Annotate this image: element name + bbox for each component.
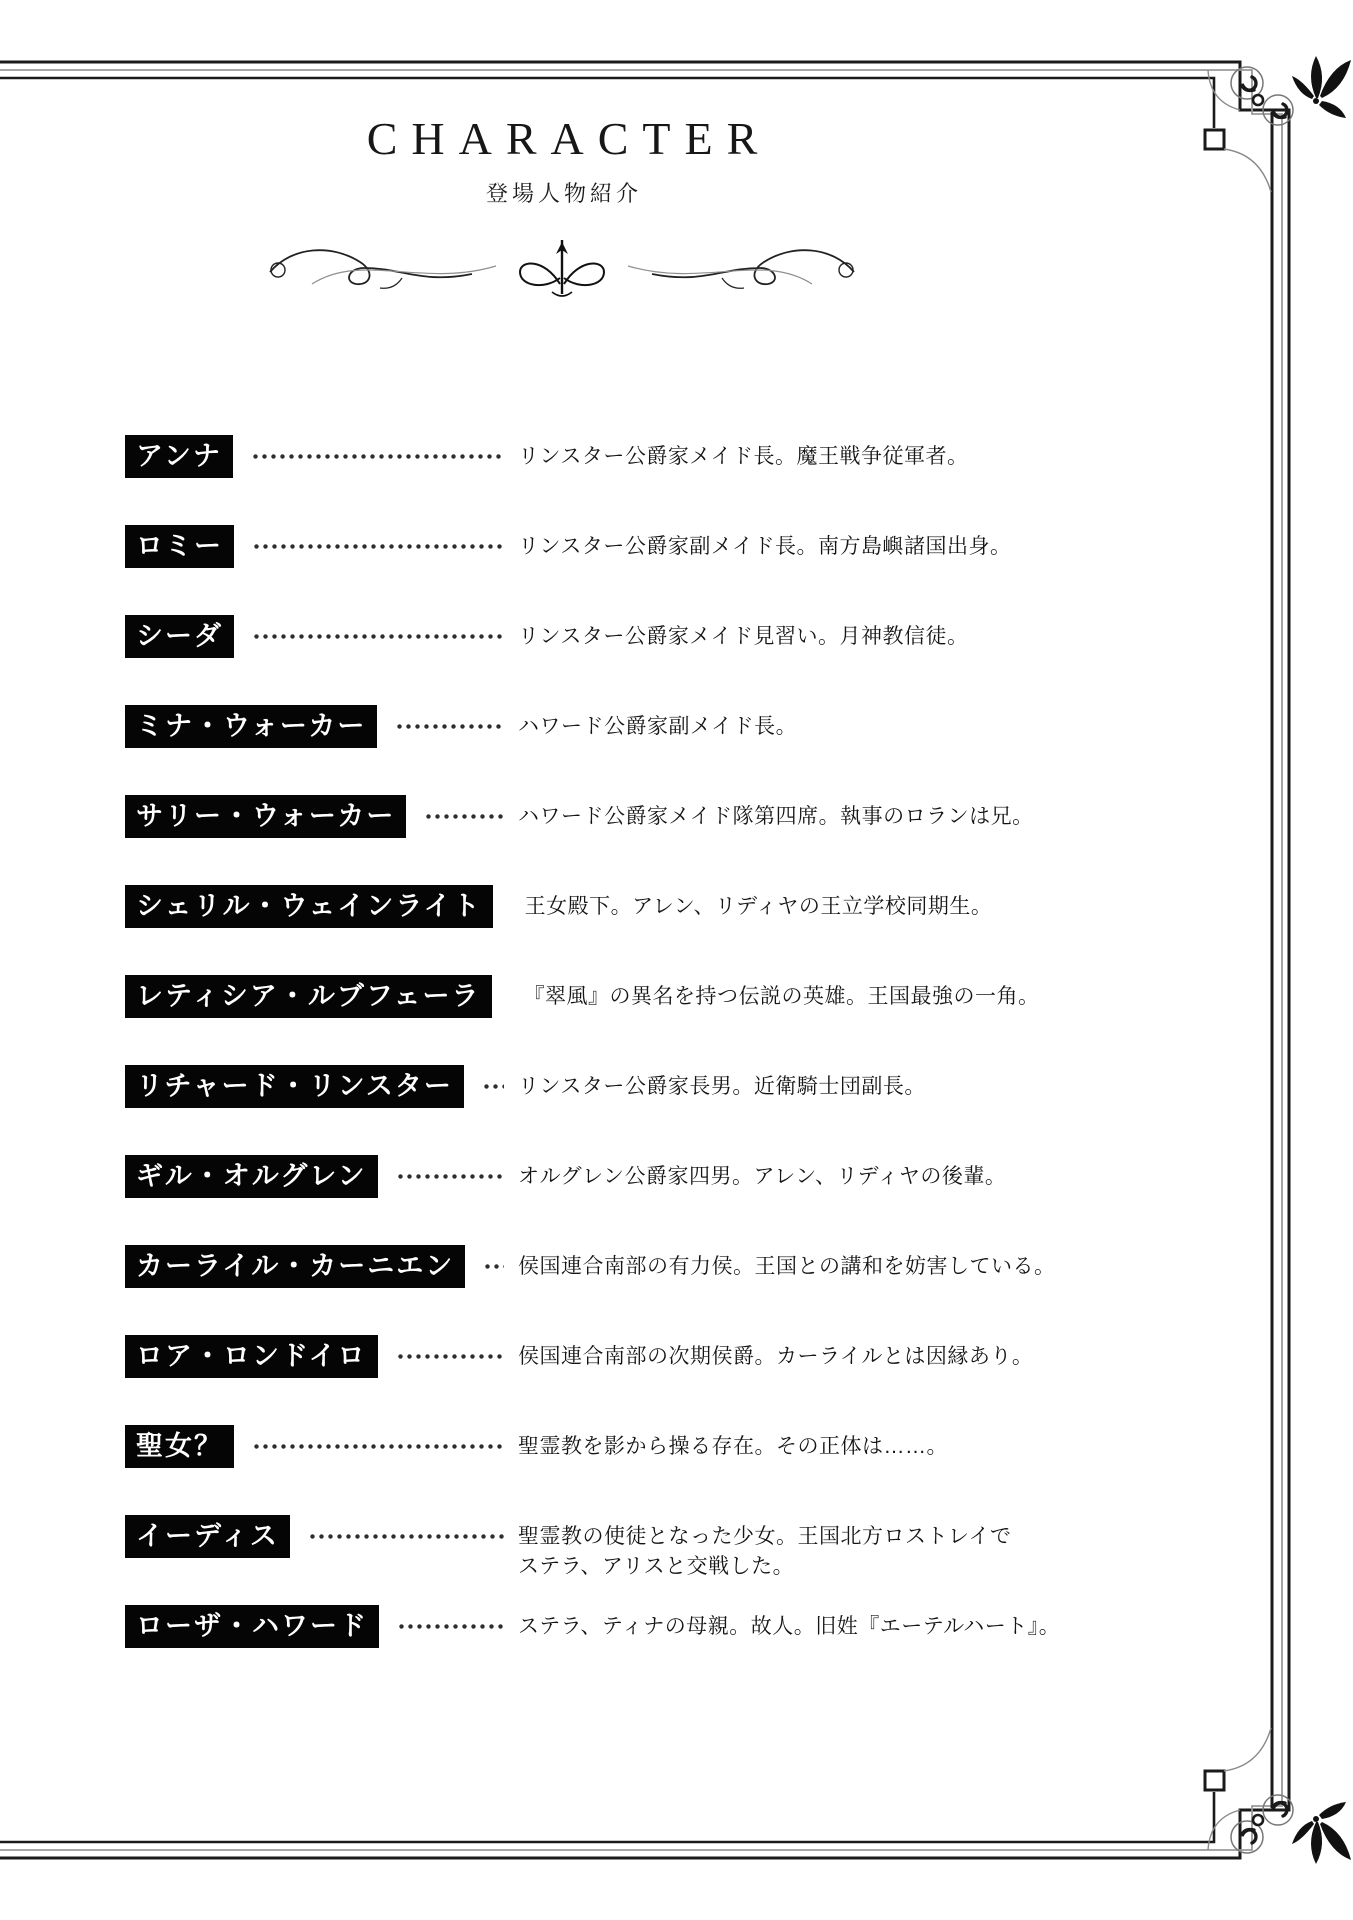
character-row: シーダ リンスター公爵家メイド見習い。月神教信徒。	[125, 615, 1038, 705]
character-name-box: カーライル・カーニエン	[125, 1245, 465, 1288]
dotted-leader	[395, 705, 504, 748]
character-row: ローザ・ハワード ステラ、ティナの母親。故人。旧姓『エーテルハート』。	[125, 1605, 1038, 1695]
character-name-box: ギル・オルグレン	[125, 1155, 378, 1198]
character-intro-page: { "page": { "title": "CHARACTER", "subti…	[0, 0, 1353, 1920]
character-description: ハワード公爵家メイド隊第四席。執事のロランは兄。	[518, 795, 1038, 832]
character-name-box: アンナ	[125, 435, 233, 478]
character-description: ハワード公爵家副メイド長。	[518, 705, 1038, 742]
character-row: レティシア・ルブフェーラ 『翠風』の異名を持つ伝説の英雄。王国最強の一角。	[125, 975, 1038, 1065]
dotted-leader	[397, 1605, 504, 1648]
character-description: リンスター公爵家長男。近衛騎士団副長。	[518, 1065, 1038, 1102]
character-name-box: ローザ・ハワード	[125, 1605, 379, 1648]
character-description: 王女殿下。アレン、リディヤの王立学校同期生。	[525, 885, 1045, 922]
character-row: ロア・ロンドイロ 侯国連合南部の次期侯爵。カーライルとは因縁あり。	[125, 1335, 1038, 1425]
character-description: 聖霊教の使徒となった少女。王国北方ロストレイで ステラ、アリスと交戦した。	[518, 1515, 1038, 1582]
character-description: 『翠風』の異名を持つ伝説の英雄。王国最強の一角。	[524, 975, 1044, 1012]
character-row: 聖女？ 聖霊教を影から操る存在。その正体は……。	[125, 1425, 1038, 1515]
character-name-box: 聖女？	[125, 1425, 234, 1468]
character-row: リチャード・リンスター リンスター公爵家長男。近衛騎士団副長。	[125, 1065, 1038, 1155]
character-description: 侯国連合南部の有力侯。王国との講和を妨害している。	[518, 1245, 1038, 1282]
character-row: イーディス 聖霊教の使徒となった少女。王国北方ロストレイで ステラ、アリスと交戦…	[125, 1515, 1038, 1605]
character-name-box: ロミー	[125, 525, 234, 568]
character-row: サリー・ウォーカー ハワード公爵家メイド隊第四席。執事のロランは兄。	[125, 795, 1038, 885]
character-description: 侯国連合南部の次期侯爵。カーライルとは因縁あり。	[518, 1335, 1038, 1372]
dotted-leader	[482, 1065, 504, 1108]
character-row: ロミー リンスター公爵家副メイド長。南方島嶼諸国出身。	[125, 525, 1038, 615]
character-description: ステラ、ティナの母親。故人。旧姓『エーテルハート』。	[518, 1605, 1038, 1642]
character-description: リンスター公爵家メイド見習い。月神教信徒。	[518, 615, 1038, 652]
character-row: ギル・オルグレン オルグレン公爵家四男。アレン、リディヤの後輩。	[125, 1155, 1038, 1245]
character-row: ミナ・ウォーカー ハワード公爵家副メイド長。	[125, 705, 1038, 795]
character-name-box: ロア・ロンドイロ	[125, 1335, 378, 1378]
character-name-box: シェリル・ウェインライト	[125, 885, 493, 928]
character-description: 聖霊教を影から操る存在。その正体は……。	[518, 1425, 1038, 1462]
character-row: アンナ リンスター公爵家メイド長。魔王戦争従軍者。	[125, 435, 1038, 525]
dotted-leader	[251, 435, 504, 478]
character-row: シェリル・ウェインライト 王女殿下。アレン、リディヤの王立学校同期生。	[125, 885, 1038, 975]
character-description: リンスター公爵家副メイド長。南方島嶼諸国出身。	[518, 525, 1038, 562]
character-row: カーライル・カーニエン 侯国連合南部の有力侯。王国との講和を妨害している。	[125, 1245, 1038, 1335]
dotted-leader	[252, 1425, 504, 1468]
character-name-box: イーディス	[125, 1515, 290, 1558]
character-name-box: サリー・ウォーカー	[125, 795, 406, 838]
dotted-leader	[396, 1335, 504, 1378]
dotted-leader	[424, 795, 504, 838]
dotted-leader	[252, 615, 504, 658]
page-header: CHARACTER 登場人物紹介	[0, 0, 1124, 317]
page-title: CHARACTER	[0, 112, 1124, 165]
character-name-box: リチャード・リンスター	[125, 1065, 464, 1108]
character-name-box: ミナ・ウォーカー	[125, 705, 377, 748]
dotted-leader	[483, 1245, 504, 1288]
character-name-box: レティシア・ルブフェーラ	[125, 975, 492, 1018]
character-list: アンナ リンスター公爵家メイド長。魔王戦争従軍者。 ロミー リンスター公爵家副メ…	[125, 435, 1038, 1695]
dotted-leader	[396, 1155, 504, 1198]
character-description: オルグレン公爵家四男。アレン、リディヤの後輩。	[518, 1155, 1038, 1192]
character-description: リンスター公爵家メイド長。魔王戦争従軍者。	[518, 435, 1038, 472]
dotted-leader	[252, 525, 504, 568]
page-subtitle: 登場人物紹介	[0, 177, 1124, 208]
divider-flourish-icon	[0, 228, 1124, 317]
character-name-box: シーダ	[125, 615, 234, 658]
dotted-leader	[308, 1515, 504, 1558]
